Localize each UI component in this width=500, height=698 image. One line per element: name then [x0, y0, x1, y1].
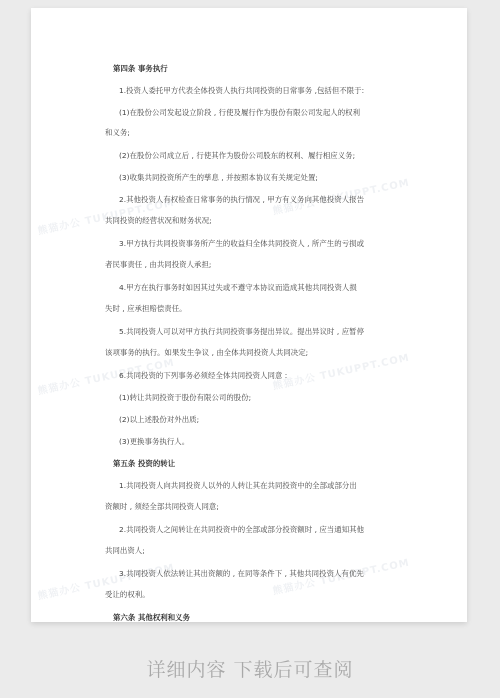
paragraph-line: 3.甲方执行共同投资事务所产生的收益归全体共同投资人 , 所产生的亏损或 [119, 238, 364, 250]
paragraph-line: 和义务; [105, 127, 130, 139]
section-heading: 第五条 投资的转让 [113, 458, 175, 470]
paragraph-line: (3)收集共同投资所产生的孳息 , 并按照本协议有关规定处置; [119, 172, 318, 184]
document-page: 熊猫办公 TUKUPPT.COM熊猫办公 TUKUPPT.COM熊猫办公 TUK… [31, 8, 467, 622]
paragraph-line: (3)更换事务执行人。 [119, 436, 189, 448]
section-heading: 第六条 其他权利和义务 [113, 612, 190, 622]
paragraph-line: 1.投资人委托甲方代表全体投资人执行共同投资的日常事务 ,包括但不限于: [119, 85, 364, 97]
download-hint: 详细内容 下载后可查阅 [0, 655, 500, 682]
paragraph-line: 5.共同投资人可以对甲方执行共同投资事务提出异议。提出异议时 , 应暂停 [119, 326, 364, 338]
paragraph-line: 该项事务的执行。如果发生争议 , 由全体共同投资人共同决定; [105, 347, 308, 359]
paragraph-line: 2.其他投资人有权检查日常事务的执行情况 , 甲方有义务向其他投资人报告 [119, 194, 364, 206]
paragraph-line: (1)转让共同投资于股份有限公司的股份; [119, 392, 251, 404]
paragraph-line: 1.共同投资人向共同投资人以外的人转让其在共同投资中的全部或部分出 [119, 480, 357, 492]
paragraph-line: (2)以上述股份对外出质; [119, 414, 199, 426]
paragraph-line: 者民事责任 , 由共同投资人承担; [105, 259, 211, 271]
paragraph-line: 失时 , 应承担赔偿责任。 [105, 303, 187, 315]
paragraph-line: 2.共同投资人之间转让在共同投资中的全部或部分投资额时 , 应当通知其他 [119, 524, 364, 536]
paragraph-line: 资额时 , 须经全部共同投资人同意; [105, 501, 219, 513]
paragraph-line: (2)在股份公司成立后 , 行使其作为股份公司股东的权利、履行相应义务; [119, 150, 355, 162]
paragraph-line: 受让的权利。 [105, 589, 150, 601]
paragraph-line: 共同投资的经营状况和财务状况; [105, 215, 212, 227]
section-heading: 第四条 事务执行 [113, 63, 168, 75]
paragraph-line: 4.甲方在执行事务时如因其过失或不遵守本协议而造成其他共同投资人损 [119, 282, 357, 294]
paragraph-line: (1)在股份公司发起设立阶段 , 行使及履行作为股份有限公司发起人的权利 [119, 107, 360, 119]
paragraph-line: 6.共同投资的下列事务必须经全体共同投资人同意 : [119, 370, 287, 382]
paragraph-line: 共同出资人; [105, 545, 145, 557]
paragraph-line: 3.共同投资人依法转让其出资额的 , 在同等条件下 , 其他共同投资人有优先 [119, 568, 364, 580]
